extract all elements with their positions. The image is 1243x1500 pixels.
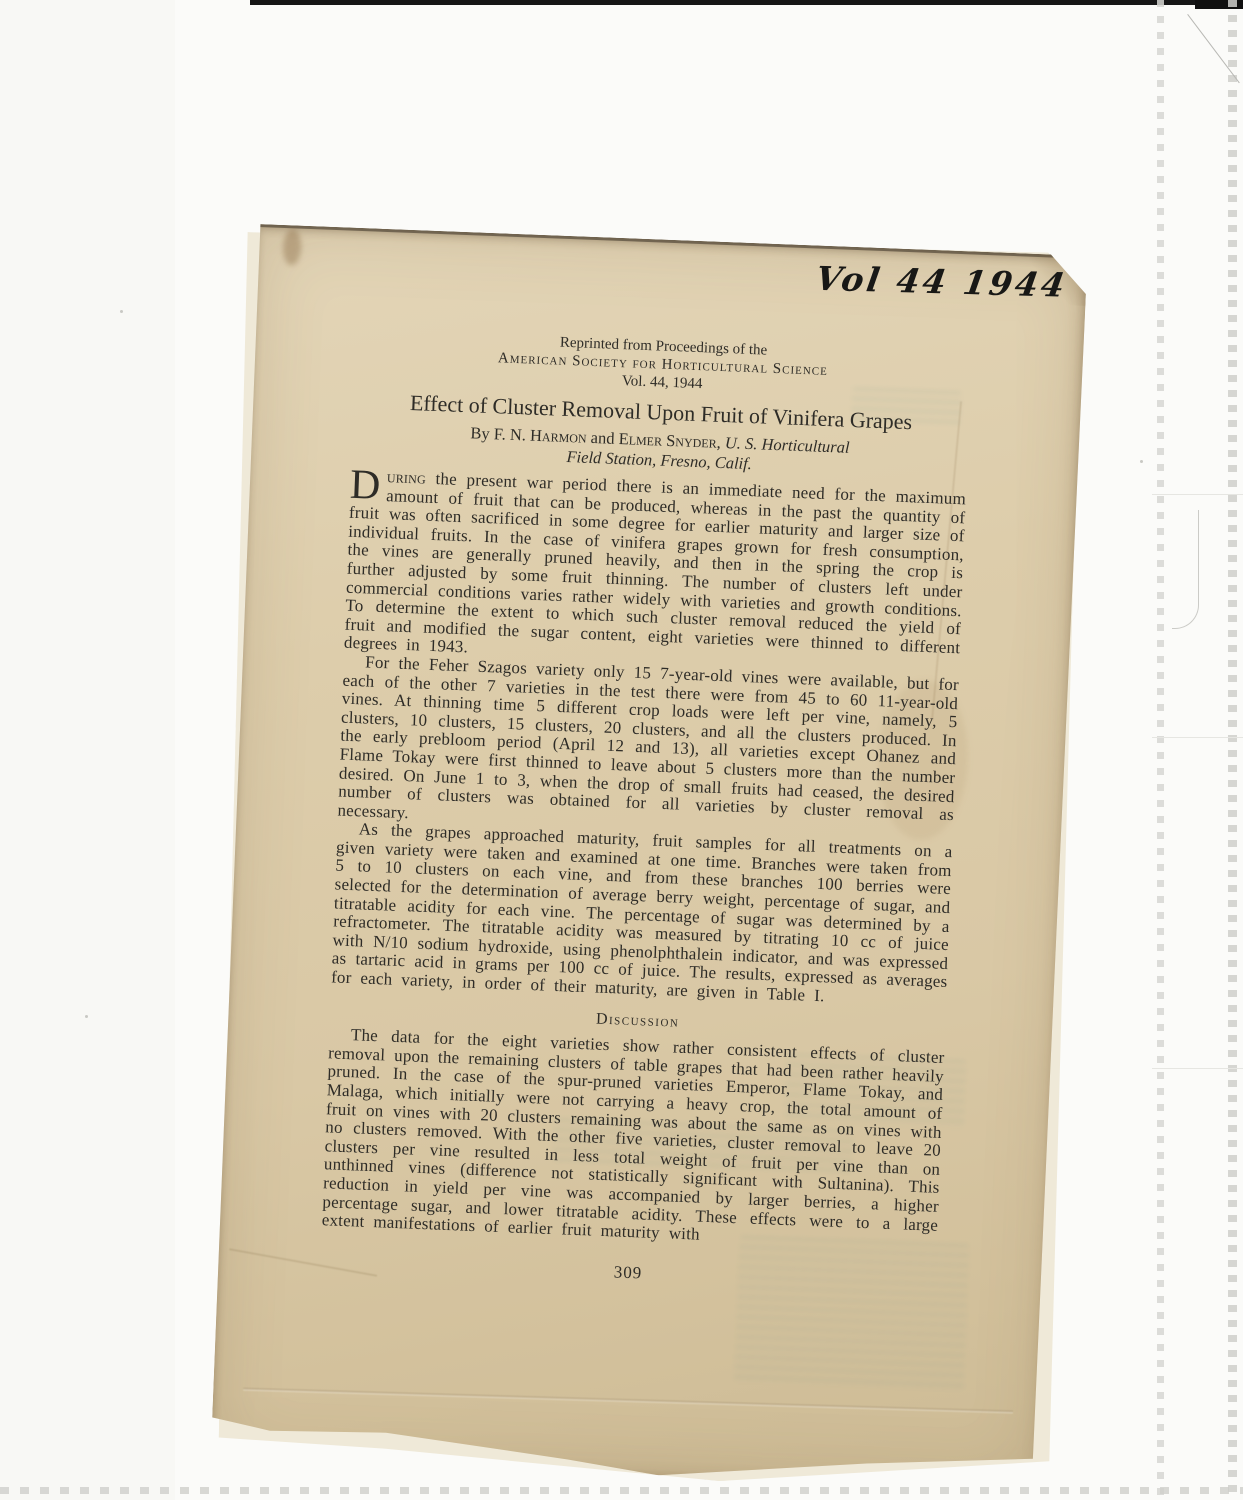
- paragraph-1-text: the present war period there is an immed…: [344, 469, 967, 657]
- handwritten-volume-note: Vol 44 1944: [813, 259, 1079, 305]
- dust-speck: [85, 1015, 88, 1018]
- sleeve-crease: [1152, 494, 1243, 495]
- article-body: During the present war period there is a…: [320, 467, 966, 1294]
- paragraph-2: For the Feher Szagos variety only 15 7-y…: [337, 653, 959, 844]
- author-2: Elmer Snyder,: [618, 429, 721, 452]
- sleeve-perforation-strip: [1228, 0, 1237, 1500]
- stain: [282, 229, 301, 266]
- scanned-document-page: Vol 44 1944 Reprinted from Proceedings o…: [0, 0, 1243, 1500]
- hair-mark: [1172, 510, 1199, 629]
- lead-word: uring: [387, 467, 427, 487]
- dust-speck: [1140, 460, 1143, 463]
- sleeve-crease: [1152, 737, 1243, 738]
- dust-speck: [120, 310, 123, 313]
- sleeve-bottom-perforation: [0, 1487, 1243, 1494]
- paragraph-1: During the present war period there is a…: [344, 467, 967, 676]
- scanner-top-edge: [250, 0, 1243, 5]
- page-number: 309: [320, 1252, 936, 1294]
- drop-cap: D: [349, 467, 387, 503]
- paragraph-3: As the grapes approached maturity, fruit…: [331, 820, 953, 1011]
- sleeve-perforation-strip: [1157, 0, 1164, 1500]
- byline-by: By: [470, 423, 490, 443]
- author-1: F. N. Harmon: [493, 424, 587, 447]
- paper-top-shadow: [258, 224, 1054, 258]
- paragraph-4: The data for the eight varieties show ra…: [321, 1026, 944, 1254]
- reprint-paper: Vol 44 1944 Reprinted from Proceedings o…: [211, 224, 1088, 1490]
- fold-crease: [243, 1388, 1013, 1414]
- sleeve-crease: [1152, 1068, 1243, 1069]
- printed-content: Reprinted from Proceedings of the Americ…: [320, 326, 972, 1294]
- scanner-bed-shading: [0, 0, 175, 1500]
- byline-and: and: [590, 428, 615, 448]
